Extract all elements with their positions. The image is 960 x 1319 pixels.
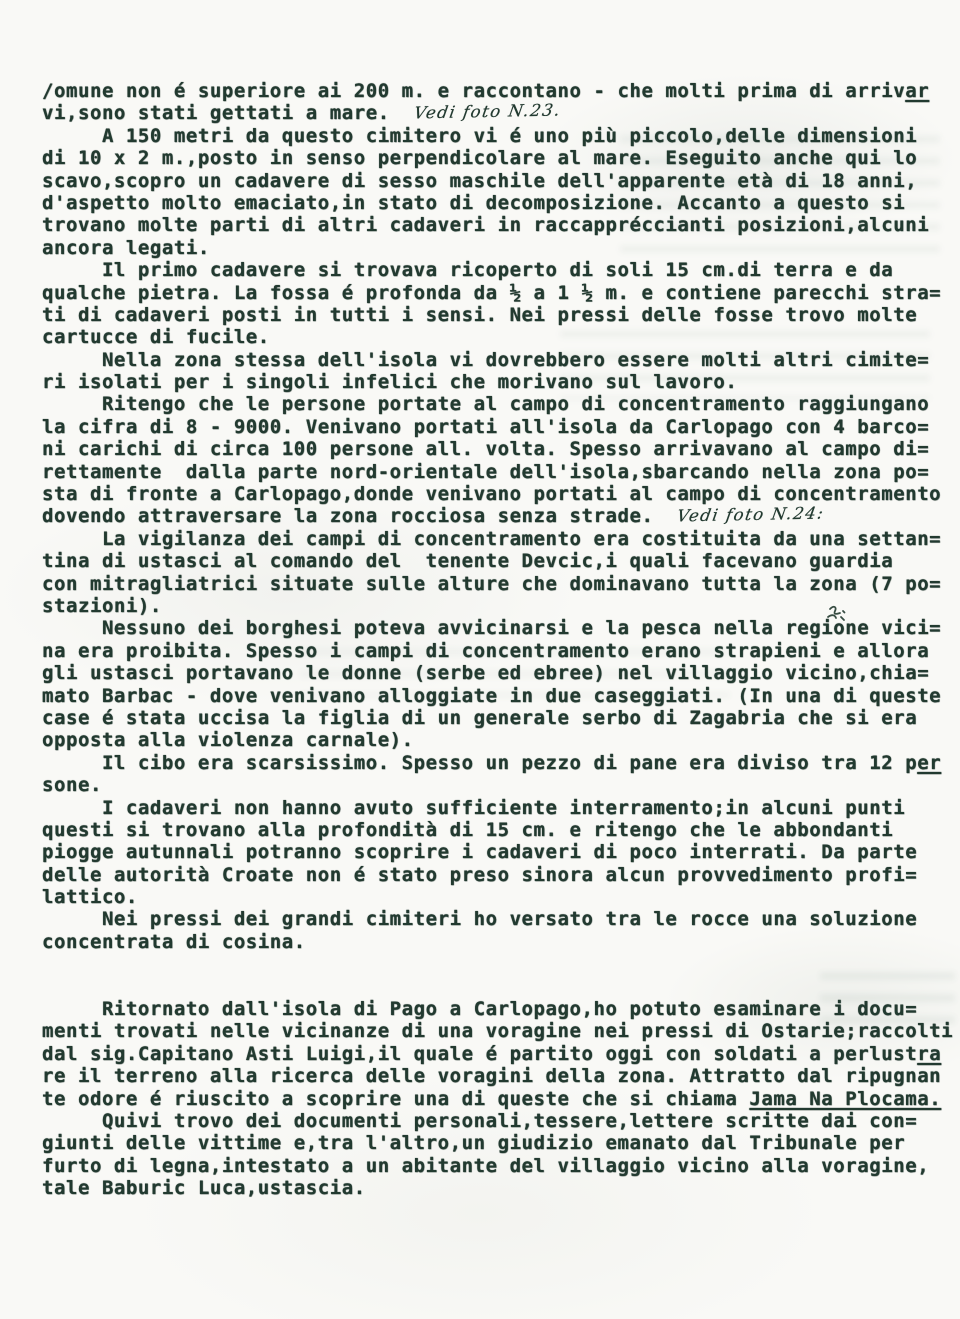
- underlined-text: ra: [917, 1043, 941, 1065]
- typed-text: na era proibita. Spesso i campi di conce…: [42, 640, 929, 662]
- text-line: lattico.: [42, 886, 947, 908]
- text-line: delle autorità Croate non é stato preso …: [42, 864, 947, 886]
- typed-text: Nessuno dei borghesi poteva avvicinarsi …: [42, 617, 941, 639]
- text-line: gli ustasci portavano le donne (serbe ed…: [42, 662, 947, 684]
- text-line: ti di cadaveri posti in tutti i sensi. N…: [42, 304, 947, 326]
- document-body: /omune non é superiore ai 200 m. e racco…: [42, 80, 947, 1200]
- typed-text: d'aspetto molto emaciato,in stato di dec…: [42, 192, 905, 214]
- paragraph: Quivi trovo dei documenti personali,tess…: [42, 1110, 947, 1200]
- typed-text: sone.: [42, 774, 102, 796]
- typed-text: con mitragliatrici situate sulle alture …: [42, 573, 941, 595]
- text-line: qualche pietra. La fossa é profonda da ½…: [42, 282, 947, 304]
- text-line: di 10 x 2 m.,posto in senso perpendicola…: [42, 147, 947, 169]
- text-line: Il primo cadavere si trovava ricoperto d…: [42, 259, 947, 281]
- paragraph: I cadaveri non hanno avuto sufficiente i…: [42, 797, 947, 909]
- typed-text: /omune non é superiore ai 200 m. e racco…: [42, 80, 905, 102]
- paragraph: Nessuno dei borghesi poteva avvicinarsi …: [42, 617, 947, 751]
- typed-text: stazioni).: [42, 595, 162, 617]
- underlined-text: ar: [905, 80, 929, 102]
- text-line: questi si trovano alla profondità di 15 …: [42, 819, 947, 841]
- text-line: Ritornato dall'isola di Pago a Carlopago…: [42, 998, 947, 1020]
- typed-text: delle autorità Croate non é stato preso …: [42, 864, 917, 886]
- typed-text: dal sig.Capitano Asti Luigi,il quale é p…: [42, 1043, 917, 1065]
- text-line: tina di ustasci al comando del tenente D…: [42, 550, 947, 572]
- paragraph: /omune non é superiore ai 200 m. e racco…: [42, 80, 947, 125]
- typed-text: Nei pressi dei grandi cimiteri ho versat…: [42, 908, 917, 930]
- text-line: mato Barbac - dove venivano alloggiate i…: [42, 685, 947, 707]
- paragraph: La vigilanza dei campi di concentramento…: [42, 528, 947, 618]
- typed-text: scavo,scopro un cadavere di sesso maschi…: [42, 170, 917, 192]
- typed-text: rettamente dalla parte nord-orientale de…: [42, 461, 929, 483]
- text-line: dal sig.Capitano Asti Luigi,il quale é p…: [42, 1043, 947, 1065]
- typed-text: Il primo cadavere si trovava ricoperto d…: [42, 259, 893, 281]
- typed-text: trovano molte parti di altri cadaveri in…: [42, 214, 929, 236]
- typed-text: La vigilanza dei campi di concentramento…: [42, 528, 941, 550]
- paragraph: Nei pressi dei grandi cimiteri ho versat…: [42, 908, 947, 953]
- typed-text: case é stata uccisa la figlia di un gene…: [42, 707, 917, 729]
- text-line: Nessuno dei borghesi poteva avvicinarsi …: [42, 617, 947, 639]
- typed-text: A 150 metri da questo cimitero vi é uno …: [42, 125, 917, 147]
- text-line: A 150 metri da questo cimitero vi é uno …: [42, 125, 947, 147]
- text-line: ancora legati.: [42, 237, 947, 259]
- typed-text: giunti delle vittime e,tra l'altro,un gi…: [42, 1132, 905, 1154]
- underlined-text: er: [917, 752, 941, 774]
- text-line: dovendo attraversare la zona rocciosa se…: [42, 505, 947, 527]
- typed-text: cartucce di fucile.: [42, 326, 270, 348]
- text-line: furto di legna,intestato a un abitante d…: [42, 1155, 947, 1177]
- typed-text: vi,sono stati gettati a mare.: [42, 102, 414, 124]
- typed-text: di 10 x 2 m.,posto in senso perpendicola…: [42, 147, 917, 169]
- handwritten-note: Vedi foto N.24:: [676, 503, 827, 528]
- typed-text: Ritengo che le persone portate al campo …: [42, 393, 929, 415]
- typed-text: gli ustasci portavano le donne (serbe ed…: [42, 662, 929, 684]
- typed-text: opposta alla violenza carnale).: [42, 729, 414, 751]
- text-line: ni carichi di circa 100 persone all. vol…: [42, 438, 947, 460]
- typed-text: tale Baburic Luca,ustascia.: [42, 1177, 366, 1199]
- text-line: re il terreno alla ricerca delle voragin…: [42, 1065, 947, 1087]
- text-line: Il cibo era scarsissimo. Spesso un pezzo…: [42, 752, 947, 774]
- typed-text: Il cibo era scarsissimo. Spesso un pezzo…: [42, 752, 917, 774]
- text-line: Ritengo che le persone portate al campo …: [42, 393, 947, 415]
- text-line: ri isolati per i singoli infelici che mo…: [42, 371, 947, 393]
- text-line: la cifra di 8 - 9000. Venivano portati a…: [42, 416, 947, 438]
- typed-text: concentrata di cosina.: [42, 931, 306, 953]
- text-line: Quivi trovo dei documenti personali,tess…: [42, 1110, 947, 1132]
- typed-text: mato Barbac - dove venivano alloggiate i…: [42, 685, 941, 707]
- text-line: giunti delle vittime e,tra l'altro,un gi…: [42, 1132, 947, 1154]
- paragraph: Ritengo che le persone portate al campo …: [42, 393, 947, 527]
- text-line: na era proibita. Spesso i campi di conce…: [42, 640, 947, 662]
- text-line: trovano molte parti di altri cadaveri in…: [42, 214, 947, 236]
- text-line: menti trovati nelle vicinanze di una vor…: [42, 1020, 947, 1042]
- typed-text: re il terreno alla ricerca delle voragin…: [42, 1065, 941, 1087]
- text-line: con mitragliatrici situate sulle alture …: [42, 573, 947, 595]
- paragraph: Il primo cadavere si trovava ricoperto d…: [42, 259, 947, 349]
- text-line: d'aspetto molto emaciato,in stato di dec…: [42, 192, 947, 214]
- text-line: /omune non é superiore ai 200 m. e racco…: [42, 80, 947, 102]
- typed-text: Ritornato dall'isola di Pago a Carlopago…: [42, 998, 917, 1020]
- typed-text: dovendo attraversare la zona rocciosa se…: [42, 505, 677, 527]
- text-line: opposta alla violenza carnale).: [42, 729, 947, 751]
- typed-text: ti di cadaveri posti in tutti i sensi. N…: [42, 304, 917, 326]
- typed-text: qualche pietra. La fossa é profonda da ½…: [42, 282, 941, 304]
- typed-text: I cadaveri non hanno avuto sufficiente i…: [42, 797, 905, 819]
- paragraph: Ritornato dall'isola di Pago a Carlopago…: [42, 998, 947, 1110]
- typed-text: te odore é riuscito a scoprire una di qu…: [42, 1088, 749, 1110]
- text-line: case é stata uccisa la figlia di un gene…: [42, 707, 947, 729]
- typed-text: menti trovati nelle vicinanze di una vor…: [42, 1020, 953, 1042]
- text-line: Nei pressi dei grandi cimiteri ho versat…: [42, 908, 947, 930]
- text-line: La vigilanza dei campi di concentramento…: [42, 528, 947, 550]
- text-line: I cadaveri non hanno avuto sufficiente i…: [42, 797, 947, 819]
- typed-text: ancora legati.: [42, 237, 210, 259]
- typed-text: Quivi trovo dei documenti personali,tess…: [42, 1110, 917, 1132]
- text-line: concentrata di cosina.: [42, 931, 947, 953]
- paragraph: Il cibo era scarsissimo. Spesso un pezzo…: [42, 752, 947, 797]
- typed-text: piogge autunnali potranno scoprire i cad…: [42, 841, 917, 863]
- text-line: stazioni).: [42, 595, 947, 617]
- typed-text: lattico.: [42, 886, 138, 908]
- text-line: rettamente dalla parte nord-orientale de…: [42, 461, 947, 483]
- handwritten-note: Vedi foto N.23.: [412, 100, 562, 125]
- text-line: te odore é riuscito a scoprire una di qu…: [42, 1088, 947, 1110]
- typed-text: ni carichi di circa 100 persone all. vol…: [42, 438, 929, 460]
- typed-text: sta di fronte a Carlopago,donde venivano…: [42, 483, 941, 505]
- scanned-document-page: /omune non é superiore ai 200 m. e racco…: [0, 0, 960, 1319]
- text-line: vi,sono stati gettati a mare. Vedi foto …: [42, 102, 947, 124]
- typed-text: Nella zona stessa dell'isola vi dovrebbe…: [42, 349, 929, 371]
- typed-text: la cifra di 8 - 9000. Venivano portati a…: [42, 416, 929, 438]
- text-line: sone.: [42, 774, 947, 796]
- text-line: cartucce di fucile.: [42, 326, 947, 348]
- paragraph: Nella zona stessa dell'isola vi dovrebbe…: [42, 349, 947, 394]
- text-line: piogge autunnali potranno scoprire i cad…: [42, 841, 947, 863]
- typed-text: tina di ustasci al comando del tenente D…: [42, 550, 893, 572]
- paragraph: A 150 metri da questo cimitero vi é uno …: [42, 125, 947, 259]
- typed-text: ri isolati per i singoli infelici che mo…: [42, 371, 737, 393]
- text-line: tale Baburic Luca,ustascia.: [42, 1177, 947, 1199]
- text-line: Nella zona stessa dell'isola vi dovrebbe…: [42, 349, 947, 371]
- typed-text: furto di legna,intestato a un abitante d…: [42, 1155, 929, 1177]
- text-line: scavo,scopro un cadavere di sesso maschi…: [42, 170, 947, 192]
- pencil-squiggle-mark: [824, 601, 850, 627]
- underlined-text: Jama Na Plocama.: [749, 1088, 941, 1110]
- typed-text: questi si trovano alla profondità di 15 …: [42, 819, 893, 841]
